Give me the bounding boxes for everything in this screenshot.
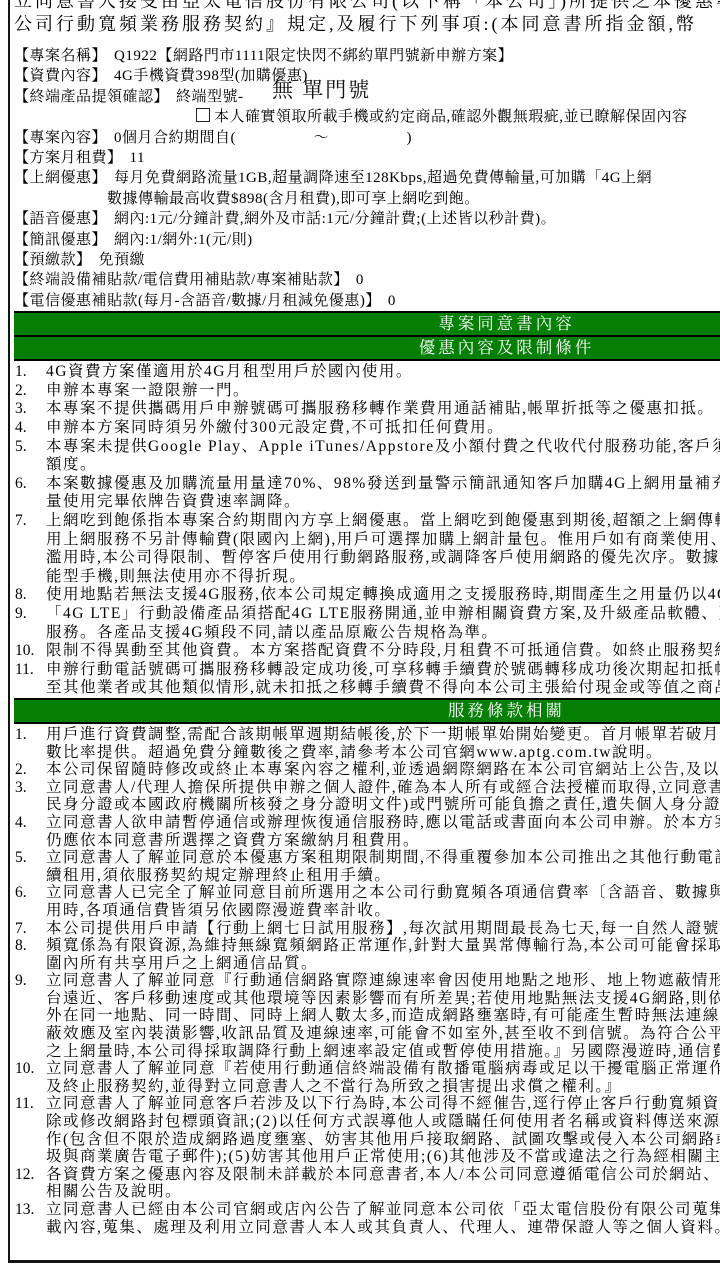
term-line: 載內容,蒐集、處理及利用立同意書人本人或其負責人、代理人、連帶保證人等之個人資料… xyxy=(14,1219,720,1237)
term-number: 11. xyxy=(15,661,34,680)
term-line: 民身分證或本國政府機關所核發之身分證明文件)或門號所可能負擔之責任,遺失個人身分… xyxy=(14,796,720,814)
term-line: 12.各資費方案之優惠內容及限制未詳載於本同意書者,本人/本公司同意遵循電信公司… xyxy=(14,1166,720,1184)
term-text: 申辦本方案同時須另外繳付300元設定費,不可抵扣任何費用。 xyxy=(46,419,504,436)
term-item: 2.本公司保留隨時修改或終止本專案內容之權利,並透過網際網路在本公司官網站上公告… xyxy=(14,761,720,779)
field-value: 每月免費網路流量1GB,超量調降速至128Kbps,超過免費傳輸量,可加購「4G… xyxy=(114,170,652,186)
term-text: 上網吃到飽係指本專案合約期間內方享上網優惠。當上網吃到飽優惠到期後,超額之上網傳… xyxy=(46,512,720,529)
term-line: 能型手機,則無法使用亦不得折現。 xyxy=(14,568,720,587)
term-text: 本專案不提供攜碼用戶申辦號碼可攜服務移轉作業費用通話補貼,帳單折抵等之優惠扣抵。 xyxy=(46,400,714,417)
field-value: 網內:1/網外:1(元/則) xyxy=(114,232,253,248)
term-item: 4.立同意書人欲申請暫停通信或辦理恢復通信服務時,應以電話或書面向本公司申辦。於… xyxy=(14,814,720,849)
term-text: 能型手機,則無法使用亦不得折現。 xyxy=(46,568,306,585)
term-text: 限制不得異動至其他資費。本方案搭配資費不分時段,月租費不可抵通信費。如終止服務契… xyxy=(46,642,720,659)
term-text: 至其他業者或其他類似情形,就未扣抵之移轉手續費不得向本公司主張給付現金或等值之商… xyxy=(46,679,720,696)
term-text: 使用地點若無法支援4G服務,依本公司規定轉換成適用之支援服務時,期間產生之用量仍… xyxy=(46,586,720,603)
section-title-agreement: 專案同意書內容 xyxy=(438,314,575,333)
intro-line-2: 公司行動寬頻業務服務契約』規定,及履行下列事項:(本同意書所指金額,幣 xyxy=(14,13,720,36)
field-row: 【語音優惠】網內:1元/分鐘計費,網外及市話:1元/分鐘計費;(上述皆以秒計費)… xyxy=(14,209,720,229)
field-value: 0 xyxy=(356,272,364,288)
benefit-terms-list: 1.4G資費方案僅適用於4G月租型用戶於國內使用。2.申辦本專案一證限辦一門。3… xyxy=(14,363,720,698)
section-bar-benefits: 優惠內容及限制條件 xyxy=(14,337,720,361)
term-item: 1.4G資費方案僅適用於4G月租型用戶於國內使用。 xyxy=(14,363,720,382)
term-number: 7. xyxy=(15,512,27,531)
term-line: 續租用,須依服務契約規定辦理終止租用手續。 xyxy=(14,867,720,885)
term-number: 9. xyxy=(15,972,27,990)
field-row: 【上網優惠】每月免費網路流量1GB,超量調降速至128Kbps,超過免費傳輸量,… xyxy=(14,168,720,188)
term-number: 2. xyxy=(15,761,27,779)
term-line: 4.申辦本方案同時須另外繳付300元設定費,不可抵扣任何費用。 xyxy=(14,419,720,438)
term-line: 圍內所有共享用戶之上網通信品質。 xyxy=(14,955,720,973)
term-number: 5. xyxy=(15,849,27,867)
term-item: 3.本專案不提供攜碼用戶申辦號碼可攜服務移轉作業費用通話補貼,帳單折抵等之優惠扣… xyxy=(14,400,720,419)
term-number: 3. xyxy=(15,400,27,419)
term-number: 2. xyxy=(15,382,27,401)
term-text: 「4G LTE」行動設備產品須搭配4G LTE服務開通,並申辦相關資費方案,及升… xyxy=(46,605,720,622)
term-text: 立同意書人了解並同意客戶若涉及以下行為時,本公司得不經催告,逕行停止客戶行動寬頻… xyxy=(46,1095,720,1112)
term-item: 9.立同意書人了解並同意『行動通信網路實際連線速率會因使用地點之地形、地上物遮蔽… xyxy=(14,972,720,1060)
term-text: 立同意書人了解並同意『行動通信網路實際連線速率會因使用地點之地形、地上物遮蔽情形… xyxy=(46,972,720,989)
term-line: 外在同一地點、同一時間、同時上網人數太多,而造成網路壅塞時,有可能產生暫時無法連… xyxy=(14,1007,720,1025)
term-text: 蔽效應及室內裝潢影響,收訊品質及連線速率,可能會不如室外,甚至收不到信號。為符合… xyxy=(46,1025,720,1042)
intro-line-1: 立同意書人接受由亞太電信股份有限公司(以下稱「本公司」)所提供之本優惠專案 xyxy=(14,0,720,13)
field-label: 【上網優惠】 xyxy=(14,170,107,186)
term-line: 1.用戶進行資費調整,需配合該期帳單週期結帳後,於下一期帳單始開始變更。首月帳單… xyxy=(14,726,720,744)
term-line: 台遠近、客戶移動速度或其他環境等因素影響而有所差異;若使用地點無法支援4G網路,… xyxy=(14,990,720,1008)
term-item: 4.申辦本方案同時須另外繳付300元設定費,不可抵扣任何費用。 xyxy=(14,419,720,438)
field-row: 【專案內容】0個月合約期間自( ～ ) xyxy=(14,128,720,148)
term-line: 圾與商業廣告電子郵件);(5)妨害其他用戶正常使用;(6)其他涉及不當或違法之行… xyxy=(14,1148,720,1166)
field-label: 【專案內容】 xyxy=(14,130,107,146)
term-text: 本案數據優惠及加購流量用量達70%、98%發送到量警示簡訊通知客戶加購4G上網用… xyxy=(46,475,720,492)
field-row: 【終端設備補貼款/電信費用補貼款/專案補貼款】0 xyxy=(14,270,720,290)
term-item: 5.本專案未提供Google Play、Apple iTunes/Appstor… xyxy=(14,438,720,475)
field-value: 11 xyxy=(130,150,145,166)
term-line: 4.立同意書人欲申請暫停通信或辦理恢復通信服務時,應以電話或書面向本公司申辦。於… xyxy=(14,814,720,832)
term-line: 11.立同意書人了解並同意客戶若涉及以下行為時,本公司得不經催告,逕行停止客戶行… xyxy=(14,1095,720,1113)
term-text: 用時,各項通信費皆須另依國際漫遊費率計收。 xyxy=(46,902,391,919)
term-item: 6.本案數據優惠及加購流量用量達70%、98%發送到量警示簡訊通知客戶加購4G上… xyxy=(14,475,720,512)
term-text: 本公司保留隨時修改或終止本專案內容之權利,並透過網際網路在本公司官網站上公告,及… xyxy=(46,761,720,778)
field-value: 本人確實領取所載手機或約定商品,確認外觀無瑕疵,並已瞭解保固內容 xyxy=(214,109,688,125)
term-line: 8.頻寬係為有限資源,為維持無線寬頻網路正常運作,針對大量異常傳輸行為,本公司可… xyxy=(14,937,720,955)
term-line: 仍應依本同意書所選擇之資費方案繳納月租費用。 xyxy=(14,832,720,850)
term-number: 13. xyxy=(15,1201,34,1219)
term-number: 3. xyxy=(15,779,27,797)
term-text: 圍內所有共享用戶之上網通信品質。 xyxy=(46,955,318,972)
term-text: 續租用,須依服務契約規定辦理終止租用手續。 xyxy=(46,867,391,884)
term-line: 10.限制不得異動至其他資費。本方案搭配資費不分時段,月租費不可抵通信費。如終止… xyxy=(14,642,720,661)
term-text: 仍應依本同意書所選擇之資費方案繳納月租費用。 xyxy=(46,832,420,849)
term-text: 各資費方案之優惠內容及限制未詳載於本同意書者,本人/本公司同意遵循電信公司於網站… xyxy=(46,1166,720,1183)
section-bar-service: 服務條款相關 xyxy=(14,698,720,724)
term-text: 立同意書人已經由本公司官網或店內公告了解並同意本公司依「亞太電信股份有限公司蒐集… xyxy=(46,1201,720,1218)
term-item: 6.立同意書人已完全了解並同意目前所選用之本公司行動寬頻各項通信費率〔含語音、數… xyxy=(14,884,720,919)
term-text: 立同意書人了解並同意『若使用行動通信終端設備有散播電腦病毒或足以干擾電腦正常運作… xyxy=(46,1060,720,1077)
term-line: 除或修改網路封包標頭資訊;(2)以任何方式誤導他人或隱瞞任何使用者名稱或資料傳送… xyxy=(14,1113,720,1131)
term-number: 5. xyxy=(15,438,27,457)
term-line: 濫用時,本公司得限制、暫停客戶使用行動網路服務,或調降客戶使用網路的優先次序。數… xyxy=(14,549,720,568)
term-item: 9.「4G LTE」行動設備產品須搭配4G LTE服務開通,並申辦相關資費方案,… xyxy=(14,605,720,642)
term-text: 濫用時,本公司得限制、暫停客戶使用行動網路服務,或調降客戶使用網路的優先次序。數… xyxy=(46,549,720,566)
receipt-confirmation-checkbox[interactable] xyxy=(196,108,210,122)
term-item: 7.上網吃到飽係指本專案合約期間內方享上網優惠。當上網吃到飽優惠到期後,超額之上… xyxy=(14,512,720,586)
term-text: 立同意書人/代理人擔保所提供申辦之個人證件,確為本人所有或經合法授權而取得,立同… xyxy=(46,779,720,796)
term-line: 13.立同意書人已經由本公司官網或店內公告了解並同意本公司依「亞太電信股份有限公… xyxy=(14,1201,720,1219)
field-row: 【方案月租費】11 xyxy=(14,148,720,168)
field-value: 網內:1元/分鐘計費,網外及市話:1元/分鐘計費;(上述皆以秒計費)。 xyxy=(114,211,556,227)
term-line: 數比率提供。超過免費分鐘數後之費率,請參考本公司官網www.aptg.com.t… xyxy=(14,744,720,762)
term-text: 民身分證或本國政府機關所核發之身分證明文件)或門號所可能負擔之責任,遺失個人身分… xyxy=(46,796,720,813)
term-line: 用上網服務不另計傳輸費(限國內上網),用戶可選擇加購上網計量包。惟用戶如有商業使… xyxy=(14,531,720,550)
intro-paragraph: 立同意書人接受由亞太電信股份有限公司(以下稱「本公司」)所提供之本優惠專案公司行… xyxy=(14,0,720,36)
field-label: 【語音優惠】 xyxy=(14,211,107,227)
term-item: 11.立同意書人了解並同意客戶若涉及以下行為時,本公司得不經催告,逕行停止客戶行… xyxy=(14,1095,720,1165)
field-row: 數據傳輸最高收費$898(含月租費),即可享上網吃到飽。 xyxy=(14,189,720,209)
term-item: 13.立同意書人已經由本公司官網或店內公告了解並同意本公司依「亞太電信股份有限公… xyxy=(14,1201,720,1236)
term-line: 用時,各項通信費皆須另依國際漫遊費率計收。 xyxy=(14,902,720,920)
field-label: 【資費內容】 xyxy=(14,68,107,84)
service-terms-list: 1.用戶進行資費調整,需配合該期帳單週期結帳後,於下一期帳單始開始變更。首月帳單… xyxy=(14,726,720,1236)
term-text: 額度。 xyxy=(46,456,97,473)
field-value: 免預繳 xyxy=(99,252,146,268)
term-text: 本專案未提供Google Play、Apple iTunes/Appstore及… xyxy=(46,438,720,455)
term-number: 10. xyxy=(15,642,34,661)
term-line: 5.立同意書人了解並同意於本優惠方案租期限制期間,不得重覆參加本公司推出之其他行… xyxy=(14,849,720,867)
field-label: 【方案月租費】 xyxy=(14,150,123,166)
term-line: 2.申辦本專案一證限辦一門。 xyxy=(14,382,720,401)
term-item: 11.申辦行動電話號碼可攜服務移轉設定成功後,可享移轉手續費於號碼轉移成功後次期… xyxy=(14,661,720,698)
term-item: 5.立同意書人了解並同意於本優惠方案租期限制期間,不得重覆參加本公司推出之其他行… xyxy=(14,849,720,884)
term-line: 6.立同意書人已完全了解並同意目前所選用之本公司行動寬頻各項通信費率〔含語音、數… xyxy=(14,884,720,902)
term-number: 6. xyxy=(15,884,27,902)
term-line: 及終止服務契約,並得對立同意書人之不當行為所致之損害提出求償之權利。』 xyxy=(14,1078,720,1096)
term-number: 7. xyxy=(15,920,27,938)
term-number: 12. xyxy=(15,1166,34,1184)
section-title-benefits: 優惠內容及限制條件 xyxy=(419,338,595,357)
term-line: 8.使用地點若無法支援4G服務,依本公司規定轉換成適用之支援服務時,期間產生之用… xyxy=(14,586,720,605)
term-line: 10.立同意書人了解並同意『若使用行動通信終端設備有散播電腦病毒或足以干擾電腦正… xyxy=(14,1060,720,1078)
term-text: 申辦行動電話號碼可攜服務移轉設定成功後,可享移轉手續費於號碼轉移成功後次期起扣抵… xyxy=(46,661,720,678)
term-text: 4G資費方案僅適用於4G月租型用戶於國內使用。 xyxy=(46,363,413,380)
field-label: 【終端產品提領確認】 xyxy=(14,89,169,105)
term-number: 6. xyxy=(15,475,27,494)
term-number: 4. xyxy=(15,419,27,438)
term-line: 之上網量時,本公司得採取調降行動上網速率設定值或暫停使用措施。』另國際漫遊時,通… xyxy=(14,1043,720,1061)
section-bar-agreement: 專案同意書內容 xyxy=(14,311,720,337)
term-text: 載內容,蒐集、處理及利用立同意書人本人或其負責人、代理人、連帶保證人等之個人資料… xyxy=(46,1219,720,1236)
term-line: 至其他業者或其他類似情形,就未扣抵之移轉手續費不得向本公司主張給付現金或等值之商… xyxy=(14,679,720,698)
term-text: 之上網量時,本公司得採取調降行動上網速率設定值或暫停使用措施。』另國際漫遊時,通… xyxy=(46,1043,720,1060)
term-text: 作(包含但不限於造成網路過度壅塞、妨害其他用戶接取網路、試圖攻擊或侵入本公司網路… xyxy=(46,1131,720,1148)
term-text: 立同意書人了解並同意於本優惠方案租期限制期間,不得重覆參加本公司推出之其他行動電… xyxy=(46,849,720,866)
field-value: Q1922【網路門市1111限定快閃不綁約單門號新申辦方案】 xyxy=(114,48,513,64)
term-text: 用戶進行資費調整,需配合該期帳單週期結帳後,於下一期帳單始開始變更。首月帳單若破… xyxy=(46,726,720,743)
filled-in-note: 無 單門號 xyxy=(272,74,371,104)
field-row: 【專案名稱】Q1922【網路門市1111限定快閃不綁約單門號新申辦方案】 xyxy=(14,46,720,66)
field-row: 【簡訊優惠】網內:1/網外:1(元/則) xyxy=(14,230,720,250)
term-item: 8.頻寬係為有限資源,為維持無線寬頻網路正常運作,針對大量異常傳輸行為,本公司可… xyxy=(14,937,720,972)
term-line: 額度。 xyxy=(14,456,720,475)
term-number: 1. xyxy=(15,726,27,744)
term-text: 立同意書人已完全了解並同意目前所選用之本公司行動寬頻各項通信費率〔含語音、數據與… xyxy=(46,884,720,901)
term-text: 及終止服務契約,並得對立同意書人之不當行為所致之損害提出求償之權利。』 xyxy=(46,1078,622,1095)
term-number: 8. xyxy=(15,586,27,605)
term-text: 量使用完畢依牌告資費速率調降。 xyxy=(46,493,301,510)
field-value: 數據傳輸最高收費$898(含月租費),即可享上網吃到飽。 xyxy=(107,191,480,207)
field-label: 【終端設備補貼款/電信費用補貼款/專案補貼款】 xyxy=(14,272,349,288)
term-text: 本公司提供用戶申請【行動上網七日試用服務】,每次試用期間最長為七天,每一自然人證… xyxy=(46,920,720,937)
term-line: 9.「4G LTE」行動設備產品須搭配4G LTE服務開通,並申辦相關資費方案,… xyxy=(14,605,720,624)
term-item: 2.申辦本專案一證限辦一門。 xyxy=(14,382,720,401)
term-line: 11.申辦行動電話號碼可攜服務移轉設定成功後,可享移轉手續費於號碼轉移成功後次期… xyxy=(14,661,720,680)
term-line: 相關公告及說明。 xyxy=(14,1183,720,1201)
term-line: 作(包含但不限於造成網路過度壅塞、妨害其他用戶接取網路、試圖攻擊或侵入本公司網路… xyxy=(14,1131,720,1149)
term-item: 10.限制不得異動至其他資費。本方案搭配資費不分時段,月租費不可抵通信費。如終止… xyxy=(14,642,720,661)
field-label: 【專案名稱】 xyxy=(14,48,107,64)
term-text: 服務。各產品支援4G頻段不同,請以產品原廠公告規格為準。 xyxy=(46,624,498,641)
term-line: 9.立同意書人了解並同意『行動通信網路實際連線速率會因使用地點之地形、地上物遮蔽… xyxy=(14,972,720,990)
field-row: 【電信優惠補貼款(每月-含語音/數據/月租減免優惠)】0 xyxy=(14,291,720,311)
term-item: 3.立同意書人/代理人擔保所提供申辦之個人證件,確為本人所有或經合法授權而取得,… xyxy=(14,779,720,814)
term-line: 5.本專案未提供Google Play、Apple iTunes/Appstor… xyxy=(14,438,720,457)
term-text: 圾與商業廣告電子郵件);(5)妨害其他用戶正常使用;(6)其他涉及不當或違法之行… xyxy=(46,1148,720,1165)
term-line: 7.本公司提供用戶申請【行動上網七日試用服務】,每次試用期間最長為七天,每一自然… xyxy=(14,920,720,938)
term-number: 1. xyxy=(15,363,27,382)
term-text: 頻寬係為有限資源,為維持無線寬頻網路正常運作,針對大量異常傳輸行為,本公司可能會… xyxy=(46,937,720,954)
term-text: 申辦本專案一證限辦一門。 xyxy=(46,382,250,399)
term-item: 1.用戶進行資費調整,需配合該期帳單週期結帳後,於下一期帳單始開始變更。首月帳單… xyxy=(14,726,720,761)
term-text: 台遠近、客戶移動速度或其他環境等因素影響而有所差異;若使用地點無法支援4G網路,… xyxy=(46,990,720,1007)
term-line: 量使用完畢依牌告資費速率調降。 xyxy=(14,493,720,512)
term-line: 3.本專案不提供攜碼用戶申辦號碼可攜服務移轉作業費用通話補貼,帳單折抵等之優惠扣… xyxy=(14,400,720,419)
term-text: 相關公告及說明。 xyxy=(46,1183,182,1200)
field-label: 【簡訊優惠】 xyxy=(14,232,107,248)
term-text: 數比率提供。超過免費分鐘數後之費率,請參考本公司官網www.aptg.com.t… xyxy=(46,744,663,761)
term-line: 蔽效應及室內裝潢影響,收訊品質及連線速率,可能會不如室外,甚至收不到信號。為符合… xyxy=(14,1025,720,1043)
term-line: 服務。各產品支援4G頻段不同,請以產品原廠公告規格為準。 xyxy=(14,624,720,643)
section-title-service: 服務條款相關 xyxy=(448,701,565,720)
term-number: 9. xyxy=(15,605,27,624)
term-text: 立同意書人欲申請暫停通信或辦理恢復通信服務時,應以電話或書面向本公司申辦。於本方… xyxy=(46,814,720,831)
field-row: 【預繳款】免預繳 xyxy=(14,250,720,270)
term-item: 7.本公司提供用戶申請【行動上網七日試用服務】,每次試用期間最長為七天,每一自然… xyxy=(14,920,720,938)
term-number: 8. xyxy=(15,937,27,955)
contract-document: 立同意書人接受由亞太電信股份有限公司(以下稱「本公司」)所提供之本優惠專案公司行… xyxy=(8,0,720,1263)
term-line: 7.上網吃到飽係指本專案合約期間內方享上網優惠。當上網吃到飽優惠到期後,超額之上… xyxy=(14,512,720,531)
term-text: 用上網服務不另計傳輸費(限國內上網),用戶可選擇加購上網計量包。惟用戶如有商業使… xyxy=(46,531,720,548)
term-number: 11. xyxy=(15,1095,34,1113)
term-item: 10.立同意書人了解並同意『若使用行動通信終端設備有散播電腦病毒或足以干擾電腦正… xyxy=(14,1060,720,1095)
field-label: 【電信優惠補貼款(每月-含語音/數據/月租減免優惠)】 xyxy=(14,293,381,309)
term-item: 12.各資費方案之優惠內容及限制未詳載於本同意書者,本人/本公司同意遵循電信公司… xyxy=(14,1166,720,1201)
term-text: 外在同一地點、同一時間、同時上網人數太多,而造成網路壅塞時,有可能產生暫時無法連… xyxy=(46,1007,720,1024)
field-row: 本人確實領取所載手機或約定商品,確認外觀無瑕疵,並已瞭解保固內容 xyxy=(14,107,720,127)
field-value: 0 xyxy=(388,293,396,309)
field-value: 0個月合約期間自( ～ ) xyxy=(114,130,412,146)
term-text: 除或修改網路封包標頭資訊;(2)以任何方式誤導他人或隱瞞任何使用者名稱或資料傳送… xyxy=(46,1113,720,1130)
term-number: 4. xyxy=(15,814,27,832)
term-line: 1.4G資費方案僅適用於4G月租型用戶於國內使用。 xyxy=(14,363,720,382)
term-number: 10. xyxy=(15,1060,34,1078)
term-item: 8.使用地點若無法支援4G服務,依本公司規定轉換成適用之支援服務時,期間產生之用… xyxy=(14,586,720,605)
term-line: 3.立同意書人/代理人擔保所提供申辦之個人證件,確為本人所有或經合法授權而取得,… xyxy=(14,779,720,797)
term-line: 2.本公司保留隨時修改或終止本專案內容之權利,並透過網際網路在本公司官網站上公告… xyxy=(14,761,720,779)
field-label: 【預繳款】 xyxy=(14,252,92,268)
term-line: 6.本案數據優惠及加購流量用量達70%、98%發送到量警示簡訊通知客戶加購4G上… xyxy=(14,475,720,494)
field-value: 終端型號- xyxy=(176,89,244,105)
